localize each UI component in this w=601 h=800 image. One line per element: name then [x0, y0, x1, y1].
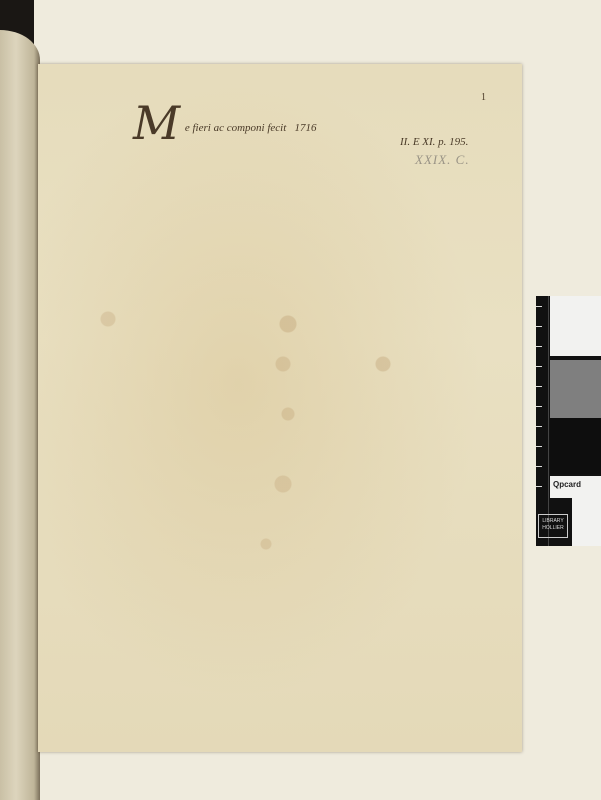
book-binding-edge [0, 30, 40, 800]
folio-number: 1 [481, 92, 486, 103]
shelfmark: II. E XI. p. 195. [400, 136, 468, 148]
ruler [536, 296, 549, 546]
color-calibration-card: Qpcard LIBRARY HOLLIER [536, 296, 601, 546]
inscription-text: e fieri ac componi fecit [185, 122, 286, 134]
swatch-grey [550, 360, 601, 418]
swatch-black [550, 418, 601, 474]
shelfmark-secondary: XXIX. C. [415, 152, 470, 168]
library-label: LIBRARY HOLLIER [538, 514, 568, 538]
card-lower-panel [572, 498, 601, 546]
card-brand: Qpcard [550, 476, 601, 498]
inscription-initial: M [133, 96, 180, 150]
manuscript-page: M e fieri ac componi fecit 1716 II. E XI… [38, 64, 522, 752]
swatch-white [550, 296, 601, 356]
inscription-date: 1716 [295, 122, 317, 134]
inscription: M e fieri ac componi fecit 1716 [133, 96, 317, 150]
